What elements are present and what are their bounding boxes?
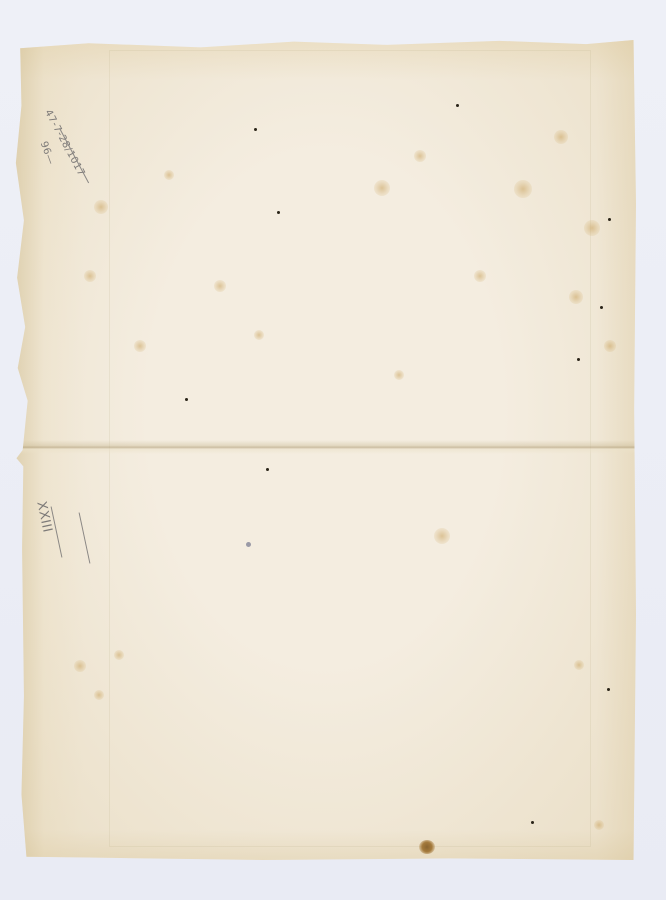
foxing-spot [414,150,426,162]
foxing-spot [514,180,532,198]
speck [185,398,188,401]
foxing-spot [574,660,584,670]
foxing-spot [74,660,86,672]
foxing-spot [254,330,264,340]
foxing-spot [84,270,96,282]
speck [246,542,251,547]
foxing-spot [94,200,108,214]
foxing-spot [214,280,226,292]
foxing-spot [394,370,404,380]
paper-sheet [14,40,636,860]
speck [277,211,280,214]
foxing-spot [114,650,124,660]
speck [600,306,603,309]
foxing-spot [164,170,174,180]
speck [577,358,580,361]
speck [456,104,459,107]
center-fold [14,440,636,454]
speck [266,468,269,471]
speck [607,688,610,691]
speck [254,128,257,131]
foxing-spot [134,340,146,352]
foxing-spot [554,130,568,144]
speck [531,821,534,824]
foxing-spot [94,690,104,700]
speck [608,218,611,221]
foxing-spot [594,820,604,830]
stain [419,840,435,854]
foxing-spot [584,220,600,236]
foxing-spot [569,290,583,304]
foxing-spot [604,340,616,352]
foxing-spot [474,270,486,282]
foxing-spot [434,528,450,544]
foxing-spot [374,180,390,196]
